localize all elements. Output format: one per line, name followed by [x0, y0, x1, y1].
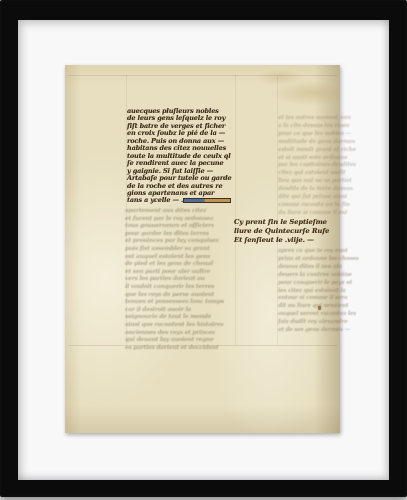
text-line: estoit moult grant et riche	[278, 147, 344, 155]
ruling-line-top	[68, 75, 337, 76]
text-line: anciennes des roys et princes	[125, 330, 240, 338]
showthrough-column-right-upper: et les autres auoient misa la cite dessu…	[278, 115, 344, 218]
text-line: seignourie de tout le monde	[125, 314, 240, 322]
text-line: et si auoit este ordonne	[278, 155, 344, 163]
showthrough-initial-mark	[318, 306, 321, 310]
text-line: ost auquel estoient les gens	[125, 254, 240, 262]
text-line: pour garder les dites terres	[125, 231, 240, 239]
text-line: du liure si comme il est	[278, 210, 344, 218]
text-line: ainsi que racontent les histoires	[125, 322, 240, 330]
text-line: que les roys de perse auoient	[125, 292, 240, 300]
manuscript-page: et les autres auoient misa la cite dessu…	[65, 65, 340, 433]
text-line: puis fist assembler sa grant	[125, 246, 240, 254]
explicit-rubric-block: Cy prent fin le Septieſmeliure de Quinte…	[234, 218, 329, 246]
text-line: il vouloit conquerir les terres	[125, 284, 240, 292]
line-filler-ornament	[183, 198, 231, 203]
text-line: dessus dites il sen ala	[278, 264, 344, 272]
text-line: apartement aux dites citez	[125, 208, 240, 216]
text-line: et les autres auoient mis	[278, 115, 344, 123]
mat-board: et les autres auoient misa la cite dessu…	[18, 20, 389, 480]
text-line: et sen parti pour aler oultre	[125, 269, 240, 277]
text-line: comme raconte en la fin	[278, 202, 344, 210]
text-line: pour ce que les nobles —	[278, 131, 344, 139]
text-line: qui deuant luy auoient regne	[125, 337, 240, 345]
showthrough-column-right-lower: apres ce que le roy eustprins et ordonne…	[278, 248, 344, 335]
text-line: tenues et possessees lonc tamps	[125, 299, 240, 307]
text-line: vers les parties dorient ou	[125, 276, 240, 284]
text-line: de pied et les gens de cheual	[125, 261, 240, 269]
text-line: fais dudit roy alexandre	[278, 319, 344, 327]
text-line: les citez qui estoient la	[278, 288, 344, 296]
framed-manuscript-photo: et les autres auoient misa la cite dessu…	[0, 0, 407, 500]
text-line: prins et ordonne les choses	[278, 256, 344, 264]
text-line: dite qui fut prinse ainsi	[278, 194, 344, 202]
text-line: desdits de la terre dessus	[278, 186, 344, 194]
text-line: Cy prent fin le Septieſme	[234, 218, 329, 227]
text-line: entour si comme il sera	[278, 295, 344, 303]
text-line: apres ce que le roy eust	[278, 248, 344, 256]
text-line: es parties dorient et doccident	[125, 345, 240, 353]
text-line: et furent par le roy ordonnez	[125, 216, 240, 224]
text-line: tous gouuerneurs et officiers	[125, 223, 240, 231]
text-line: multitude de gens darmes	[278, 139, 344, 147]
text-line: citez qui estoient audit	[278, 170, 344, 178]
text-line: car il desiroit auoir la	[125, 307, 240, 315]
text-line: ouquel seront racontez les	[278, 311, 344, 319]
text-line: par les capitaines desdites	[278, 162, 344, 170]
text-line: Et ſenſieut le .viije. —	[234, 236, 329, 245]
main-text-block: auecques pluſieurs noblesde leurs gens l…	[127, 108, 237, 205]
text-line: pour conquerir le pays et	[278, 280, 344, 288]
text-line: et prouinces par luy conquises	[125, 238, 240, 246]
text-line: lieu que nul ne se partist	[278, 178, 344, 186]
text-line: et de ses gens darmes —	[278, 327, 344, 335]
text-line: dit ou liure qui sensieut	[278, 303, 344, 311]
showthrough-column-left: apartement aux dites citezet furent par …	[125, 208, 240, 352]
text-line: deuers la contree voisine	[278, 272, 344, 280]
text-line: a la cite dessus les riues	[278, 123, 344, 131]
